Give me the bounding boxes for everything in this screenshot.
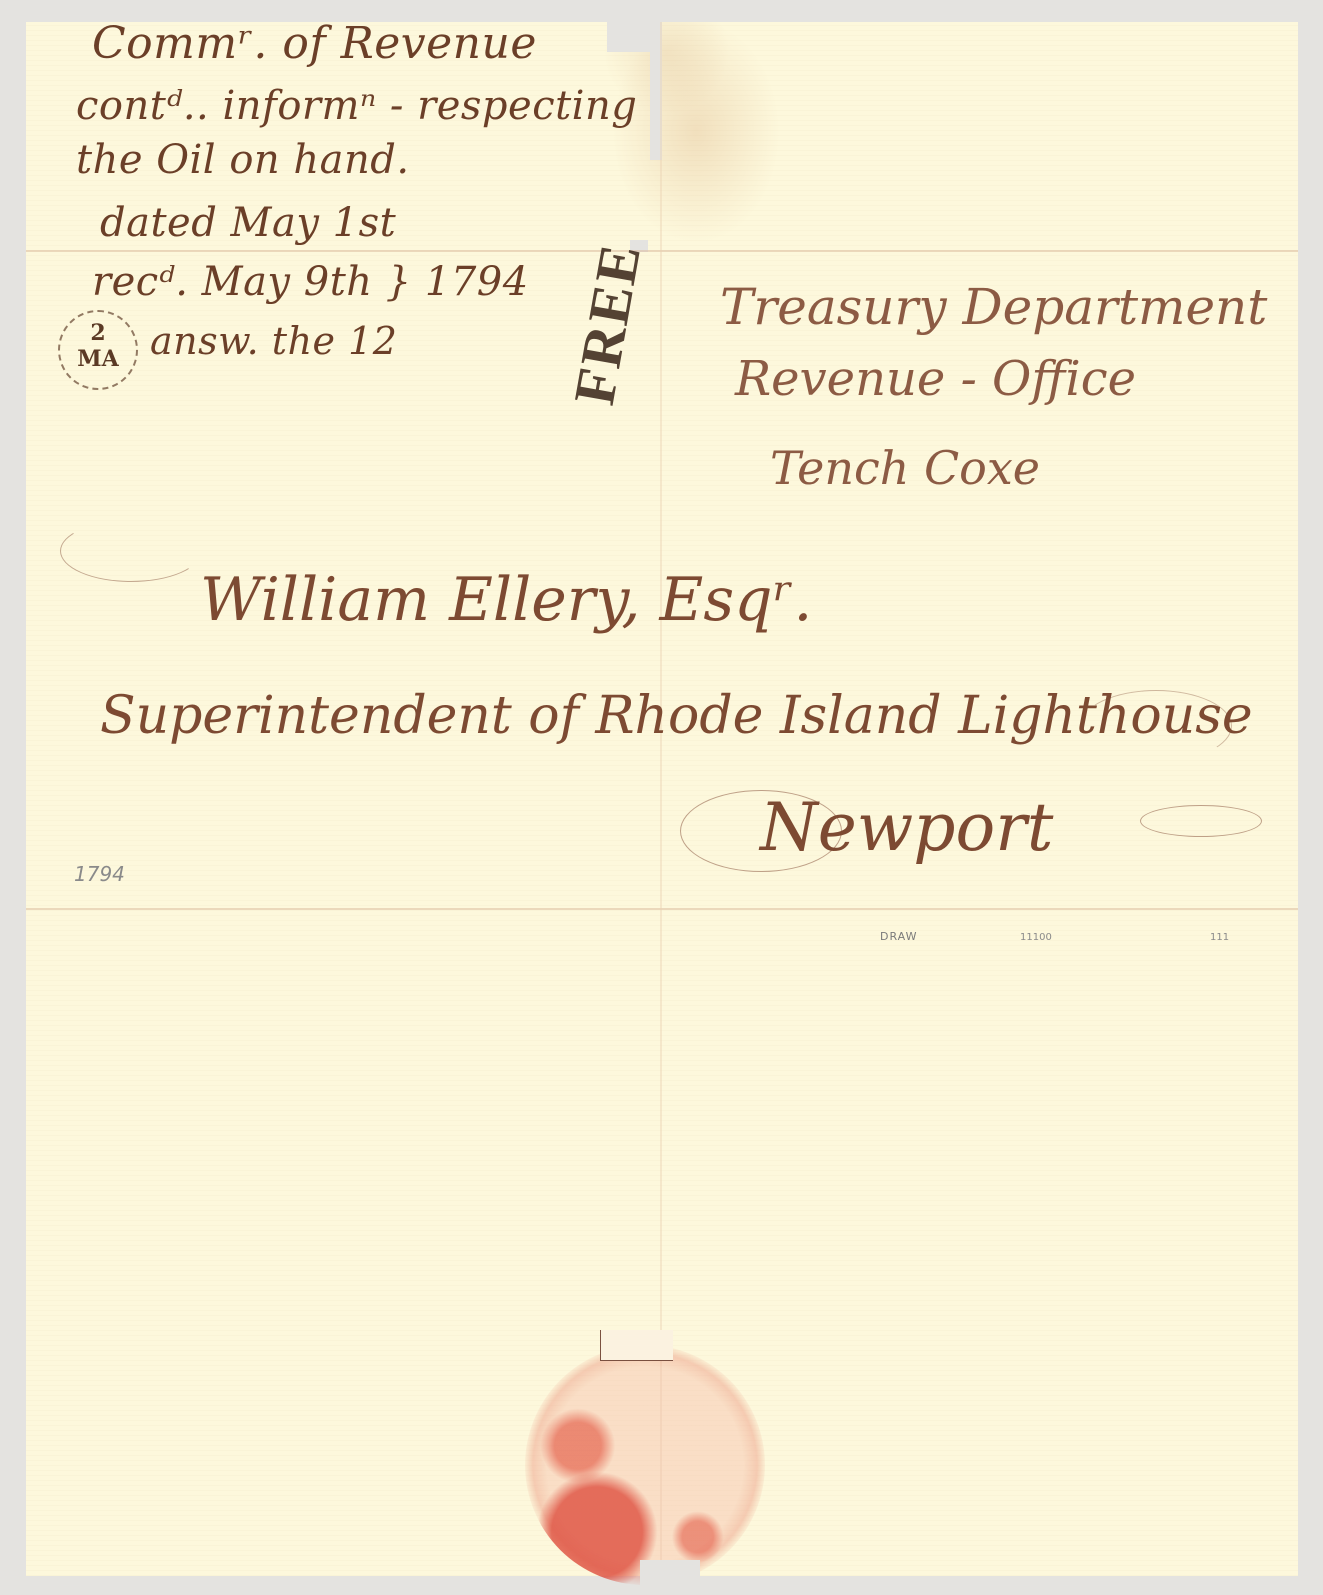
addressee-name: William Ellery, Esqʳ. [200,570,812,630]
frank-office: Revenue - Office [735,355,1136,403]
postmark-day: 2 [60,320,136,346]
fold-line-upper [26,250,1298,252]
pencil-archive-code: 11100 [1020,932,1052,943]
paper-tear-bottom [640,1560,700,1595]
frank-signature: Tench Coxe [770,445,1040,491]
docket-line: the Oil on hand. [76,140,410,180]
addressee-title: Superintendent of Rhode Island Lighthous… [100,690,1253,742]
wax-seal-remnant [525,1345,765,1585]
pencil-archive-code: DRAW [880,930,917,943]
flourish-ornament [60,520,202,582]
fold-line-middle [26,908,1298,910]
postmark-month: MA [60,346,136,372]
docket-line: contᵈ.. informⁿ - respecting [76,86,637,126]
docket-line: answ. the 12 [150,322,397,360]
pencil-archive-code: 111 [1210,932,1229,943]
seal-paper-patch [600,1330,673,1361]
flourish-ornament [1140,805,1262,837]
pencil-year-note: 1794 [74,862,125,886]
frank-department: Treasury Department [720,282,1267,332]
postmark-stamp: 2 MA [58,310,138,390]
docket-line: recᵈ. May 9th } 1794 [92,262,529,302]
docket-line: dated May 1st [100,203,396,243]
addressee-place: Newport [760,795,1053,861]
docket-line: Commʳ. of Revenue [92,22,537,66]
